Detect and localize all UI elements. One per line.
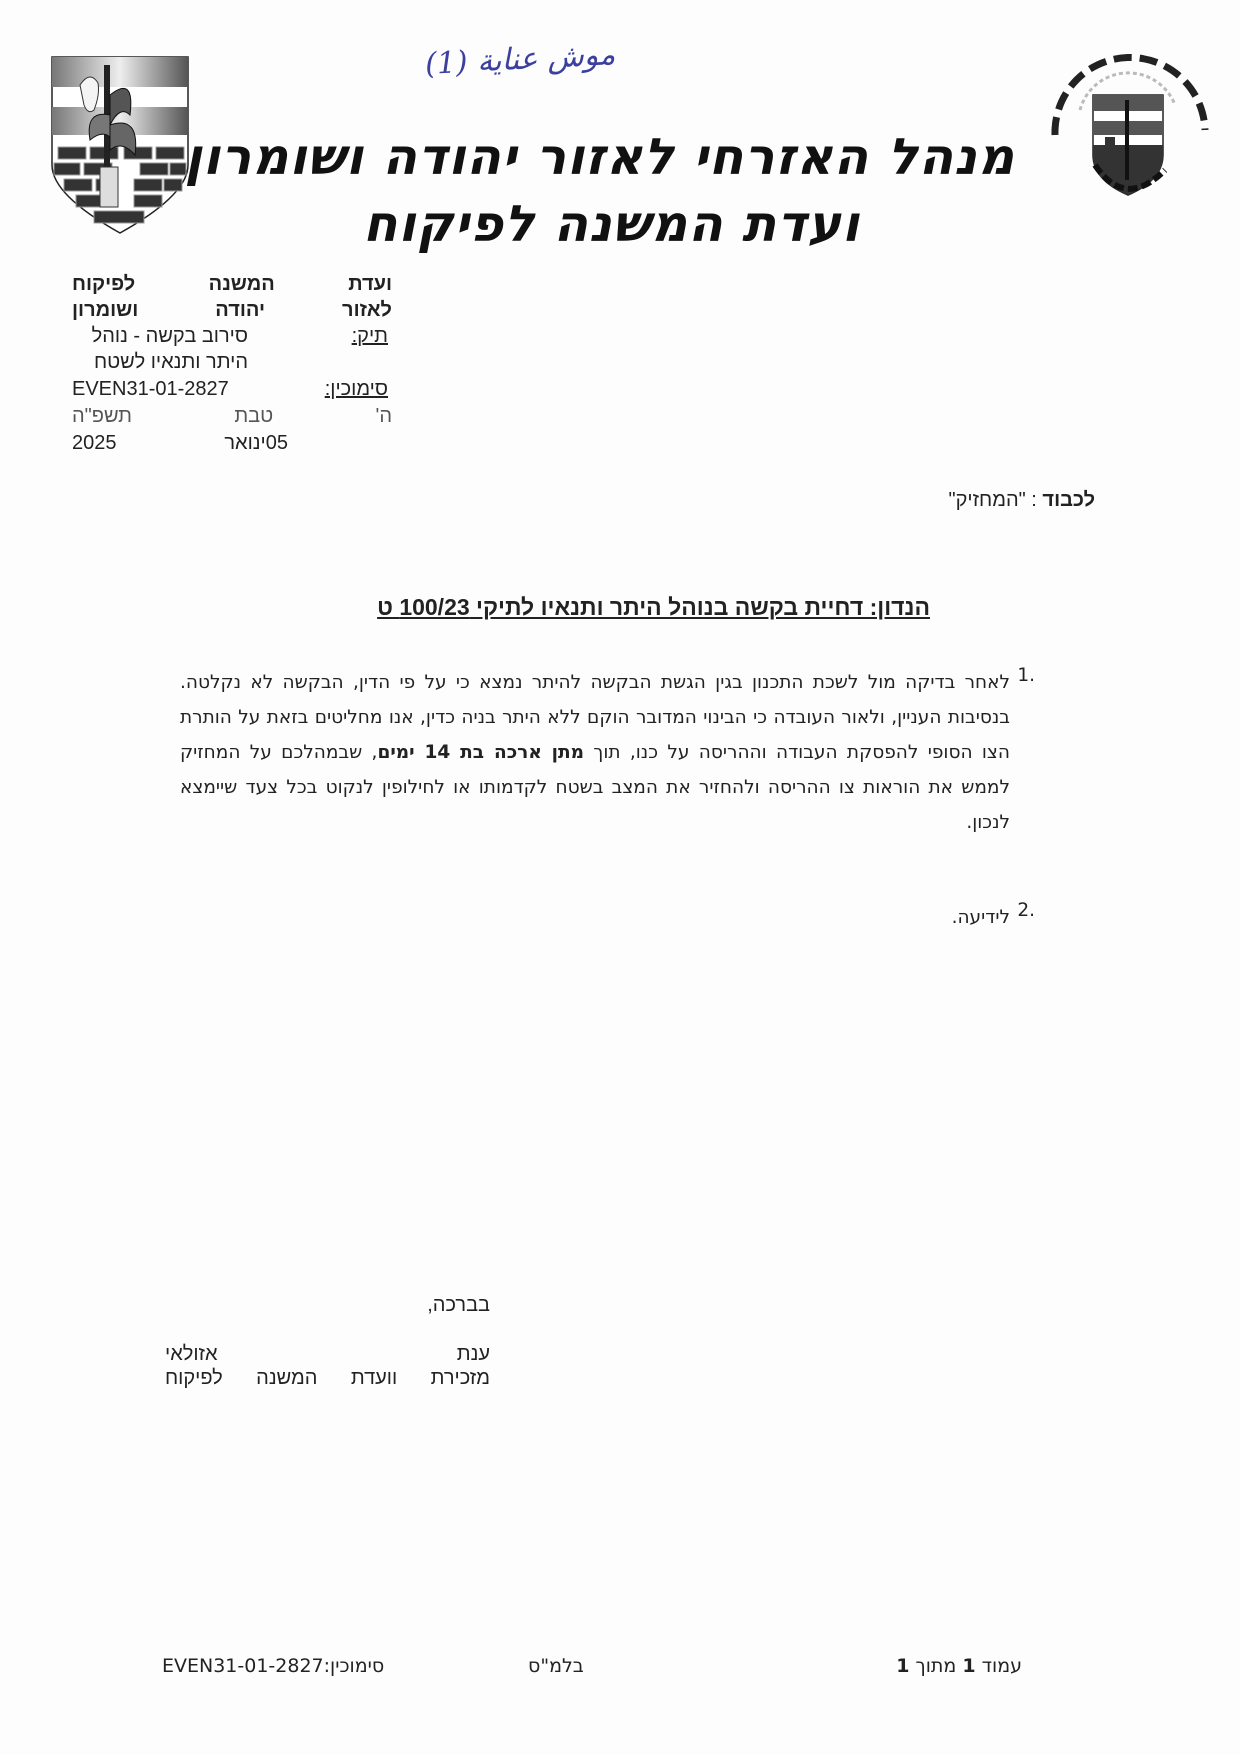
letterhead-title-line1: מנהל האזרחי לאזור יהודה ושומרון	[185, 128, 1015, 186]
page-current: 1	[962, 1655, 975, 1677]
hebrew-date: ה' טבת תשפ"ה	[72, 403, 392, 429]
title-word: המשנה	[256, 1366, 317, 1390]
hebrew-year: תשפ"ה	[72, 403, 132, 429]
body-paragraph-1: לאחר בדיקה מול לשכת התכנון בגין הגשת הבק…	[180, 665, 1010, 840]
org-word: יהודה	[215, 297, 265, 323]
classification-label: בלמ"ס	[528, 1655, 584, 1677]
round-stamp-icon	[1035, 45, 1220, 210]
file-value-line1: סירוב בקשה - נוהל	[92, 323, 248, 349]
item-number: 1.	[1017, 665, 1035, 686]
signer-title: מזכירת וועדת המשנה לפיקוח	[165, 1366, 490, 1390]
title-word: וועדת	[351, 1366, 397, 1390]
footer-reference: סימוכין:EVEN31-01-2827	[162, 1655, 384, 1677]
file-label: תיק:	[352, 323, 388, 349]
signer-first-name: ענת	[457, 1342, 490, 1366]
org-word: לפיקוח	[72, 271, 135, 297]
letterhead-title-line2: ועדת המשנה לפיקוח	[363, 195, 860, 253]
recipient-separator: :	[1031, 489, 1037, 511]
handwritten-note: موش عناية (1)	[424, 37, 616, 82]
recipient-label: לכבוד	[1042, 489, 1095, 511]
org-word: לאזור	[342, 297, 392, 323]
shield-emblem-icon	[50, 55, 190, 235]
org-name-block: ועדת המשנה לפיקוח לאזור יהודה ושומרון	[72, 271, 392, 323]
body-paragraph-2: לידיעה.	[180, 900, 1010, 935]
reference-label: סימוכין:	[325, 376, 388, 402]
gregorian-day-month: 05ינואר	[224, 430, 288, 456]
signer-name: ענת אזולאי	[165, 1342, 490, 1366]
recipient-value: "המחזיק"	[948, 489, 1025, 511]
org-word: ועדת	[348, 271, 392, 297]
extension-period: מתן ארכה בת 14 ימים	[377, 742, 584, 763]
subject-line: הנדון: דחיית בקשה בנוהל היתר ותנאיו לתיק…	[377, 594, 930, 621]
file-value-line2: היתר ותנאיו לשטח	[92, 349, 248, 375]
hebrew-day: ה'	[376, 403, 393, 429]
page-of: מתוך	[916, 1655, 957, 1677]
gregorian-year: 2025	[72, 430, 117, 456]
item-number: 2.	[1017, 900, 1035, 921]
closing: בברכה,	[427, 1293, 490, 1317]
title-word: לפיקוח	[165, 1366, 223, 1390]
title-word: מזכירת	[431, 1366, 490, 1390]
hebrew-month: טבת	[234, 403, 273, 429]
org-word: ושומרון	[72, 297, 138, 323]
recipient-line: לכבוד : "המחזיק"	[948, 489, 1095, 512]
page-total: 1	[896, 1655, 909, 1677]
page-word: עמוד	[982, 1655, 1022, 1677]
file-value: סירוב בקשה - נוהל היתר ותנאיו לשטח	[92, 323, 248, 375]
org-word: המשנה	[209, 271, 275, 297]
reference-value: EVEN31-01-2827	[72, 376, 229, 402]
page-indicator: עמוד 1 מתוך 1	[896, 1655, 1022, 1677]
signer-last-name: אזולאי	[165, 1342, 218, 1366]
